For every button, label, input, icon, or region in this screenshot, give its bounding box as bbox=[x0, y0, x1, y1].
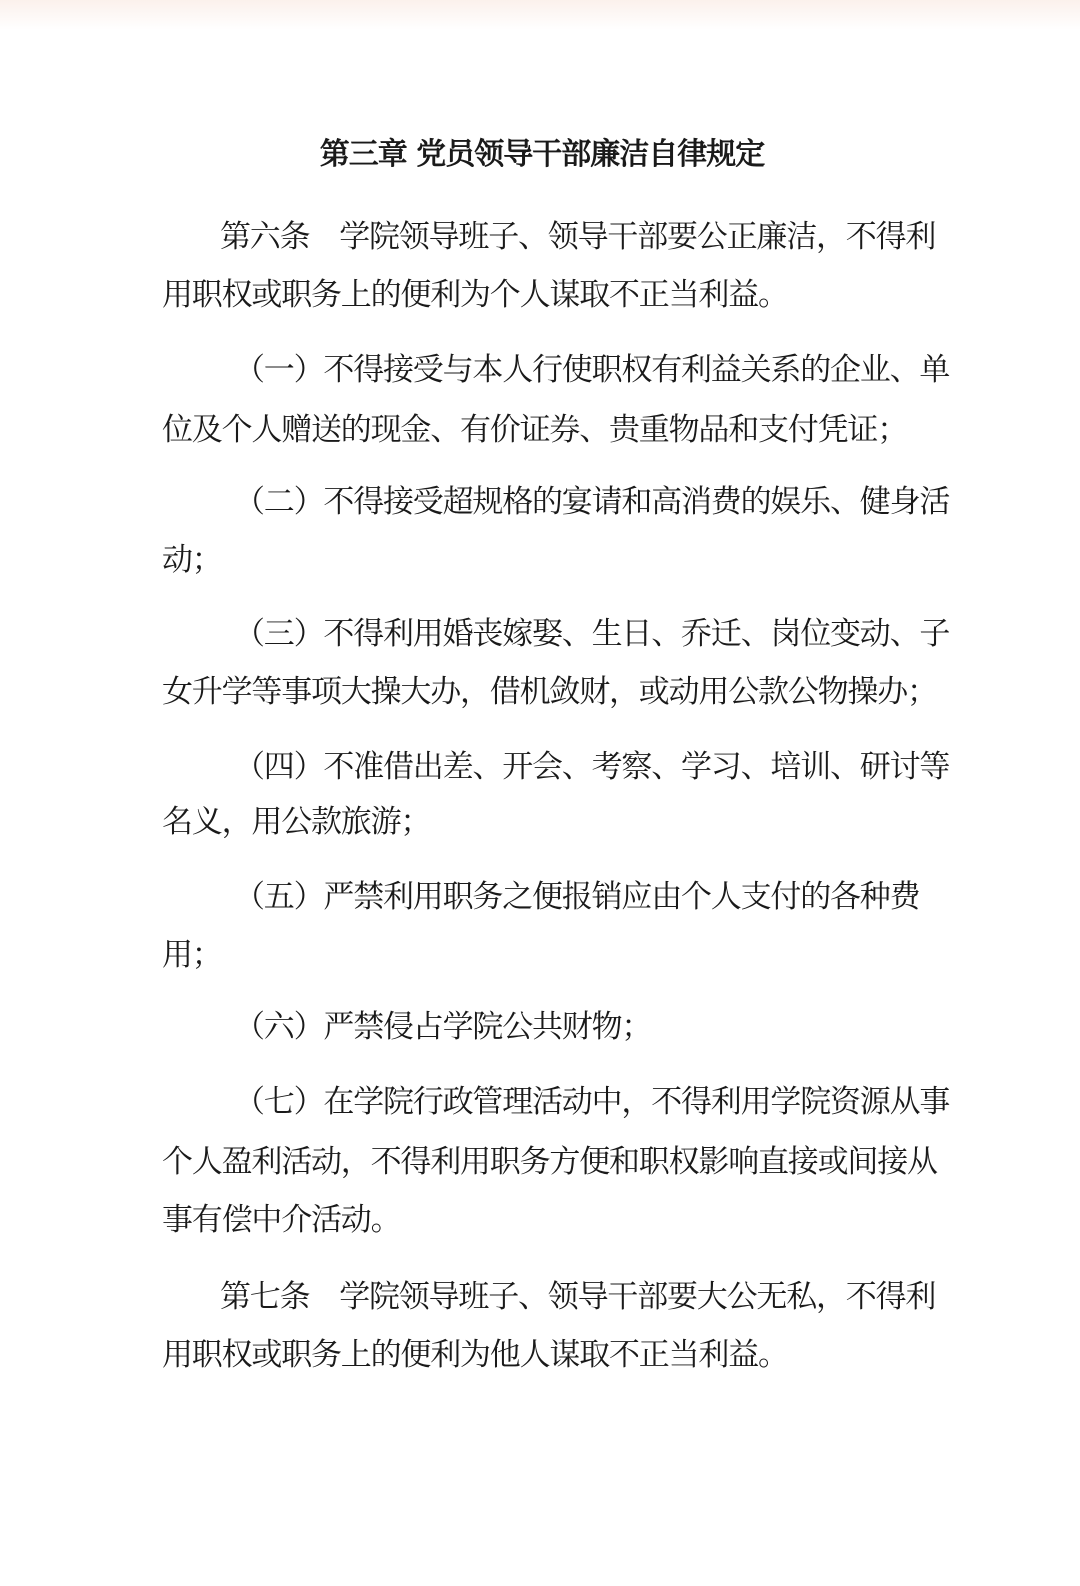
item-5-line-1: （五）严禁利用职务之便报销应由个人支付的各种费 bbox=[234, 875, 919, 919]
item-7-line-1: （七）在学院行政管理活动中，不得利用学院资源从事 bbox=[234, 1080, 949, 1124]
item-3-line-2: 女升学等事项大操大办，借机敛财，或动用公款公物操办； bbox=[162, 670, 937, 714]
item-5-line-2: 用； bbox=[162, 933, 222, 977]
article-6-line-2: 用职权或职务上的便利为个人谋取不正当利益。 bbox=[162, 273, 788, 317]
item-7-line-2: 个人盈利活动，不得利用职务方便和职权影响直接或间接从 bbox=[162, 1140, 937, 1184]
article-6-line-1: 第六条 学院领导班子、领导干部要公正廉洁，不得利 bbox=[220, 215, 935, 259]
item-7-line-3: 事有偿中介活动。 bbox=[162, 1198, 400, 1242]
article-7-line-2: 用职权或职务上的便利为他人谋取不正当利益。 bbox=[162, 1333, 788, 1377]
item-2-line-2: 动； bbox=[162, 538, 222, 582]
item-4-line-2: 名义，用公款旅游； bbox=[162, 800, 430, 844]
scan-edge-tint bbox=[0, 0, 1080, 30]
item-1-line-1: （一）不得接受与本人行使职权有利益关系的企业、单 bbox=[234, 348, 949, 392]
item-6-line-1: （六）严禁侵占学院公共财物； bbox=[234, 1005, 651, 1049]
item-3-line-1: （三）不得利用婚丧嫁娶、生日、乔迁、岗位变动、子 bbox=[234, 612, 949, 656]
item-1-line-2: 位及个人赠送的现金、有价证券、贵重物品和支付凭证； bbox=[162, 408, 907, 452]
item-4-line-1: （四）不准借出差、开会、考察、学习、培训、研讨等 bbox=[234, 745, 949, 789]
chapter-title: 第三章 党员领导干部廉洁自律规定 bbox=[162, 133, 922, 177]
item-2-line-1: （二）不得接受超规格的宴请和高消费的娱乐、健身活 bbox=[234, 480, 949, 524]
article-7-line-1: 第七条 学院领导班子、领导干部要大公无私，不得利 bbox=[220, 1275, 935, 1319]
